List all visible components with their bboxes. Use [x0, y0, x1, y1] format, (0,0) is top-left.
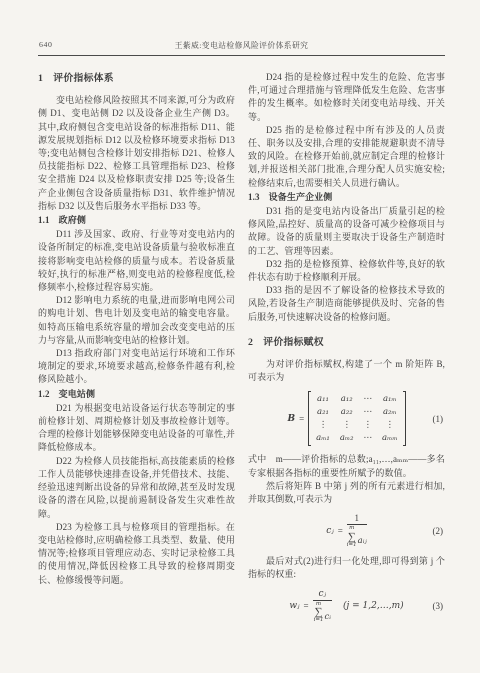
matrix-cell: aₘ₁: [316, 432, 330, 444]
sum-lower-limit: i=1: [314, 618, 324, 624]
paragraph: 最后对式(2)进行归一化处理,即可得到第 j 个指标的权重:: [248, 555, 445, 581]
section-heading: 1 评价指标体系: [38, 72, 235, 85]
fraction-denominator: m ∑ i=1 cᵢ: [314, 601, 331, 624]
paragraph: D23 为检修工具与检修项目的管理指标。在变电站检修时,应明确检修工具类型、数量…: [38, 521, 235, 587]
matrix-cell: ⋮: [340, 419, 354, 431]
matrix-cell: ⋮: [364, 419, 373, 431]
fraction-denominator: m ∑ i=1 aᵢⱼ: [347, 525, 367, 548]
matrix-symbol: B: [287, 414, 295, 424]
matrix: a₁₁a₁₂⋯a₁ₘa₂₁a₂₂⋯a₂ₘ⋮⋮⋮⋮aₘ₁aₘ₂⋯aₘₘ: [308, 391, 405, 446]
paragraph: D32 指的是检修预算、检修软件等,良好的软件状态有助于检修顺利开展。: [248, 258, 445, 284]
running-title: 王紫威:变电站检修风险评价体系研究: [38, 40, 445, 51]
paragraph: D24 指的是检修过程中发生的危险、危害事件,可通过合理措施与管理降低发生危险、…: [248, 71, 445, 124]
paragraph: 变电站检修风险按照其不同来源,可分为政府侧 D1、变电站侧 D2 以及设备企业生…: [38, 94, 235, 213]
paragraph: D25 指的是检修过程中所有涉及的人员责任、职务以及安排,合理的安排能规避职责不…: [248, 124, 445, 190]
paragraph: 式中 m——评价指标的总数;a₁₁,…,aₘₘ——多名专家根据各指标的重要性所赋…: [248, 453, 445, 479]
summation: m ∑ i=1: [314, 602, 324, 624]
page-header: 640 王紫威:变电站检修风险评价体系研究: [38, 40, 445, 51]
paragraph: D33 指的是因不了解设备的检修技术导致的风险,若设备生产制造商能够提供及时、完…: [248, 284, 445, 324]
section-heading: 1.2 变电站侧: [38, 388, 235, 401]
equals-sign: =: [303, 601, 308, 611]
equation-3-body: wⱼ = cⱼ m ∑ i=1 cᵢ (j = 1,2,…,m): [289, 589, 403, 624]
section-heading: 1.1 政府侧: [38, 214, 235, 227]
paragraph: D13 指政府部门对变电站运行环境和工作环境制定的要求,环境要求越高,检修条件越…: [38, 347, 235, 387]
equals-sign: =: [299, 414, 304, 424]
matrix-cell: a₂ₘ: [382, 406, 398, 418]
equation-1: B = a₁₁a₁₂⋯a₁ₘa₂₁a₂₂⋯a₂ₘ⋮⋮⋮⋮aₘ₁aₘ₂⋯aₘₘ (…: [248, 391, 445, 446]
matrix-cell: a₁₂: [340, 393, 354, 405]
equation-number: (3): [433, 601, 444, 611]
equation-2: cⱼ = 1 m ∑ i=1 aᵢⱼ (2): [248, 513, 445, 548]
matrix-cell: ⋯: [364, 432, 373, 444]
paragraph: 然后将矩阵 B 中第 j 列的所有元素进行相加,并取其倒数,可表示为: [248, 480, 445, 506]
section-heading: 2 评价指标赋权: [248, 336, 445, 349]
equation-number: (1): [433, 414, 444, 424]
paragraph: D21 为根据变电站设备运行状态等制定的事前检修计划、周期检修计划及事故检修计划…: [38, 402, 235, 455]
variable-cj: cⱼ: [326, 526, 333, 536]
matrix-cell: aₘₘ: [382, 432, 398, 444]
right-bracket: [403, 391, 406, 446]
equals-sign: =: [338, 526, 343, 536]
fraction: 1 m ∑ i=1 aᵢⱼ: [347, 513, 367, 548]
paper-page: 640 王紫威:变电站检修风险评价体系研究 1 评价指标体系变电站检修风险按照其…: [0, 0, 480, 673]
matrix-cell: ⋮: [382, 419, 398, 431]
sum-argument: aᵢⱼ: [358, 536, 367, 546]
header-rule: [38, 55, 445, 56]
matrix-cell: ⋯: [364, 393, 373, 405]
equation-3: wⱼ = cⱼ m ∑ i=1 cᵢ (j = 1,2,…,m) (3): [248, 589, 445, 624]
sum-argument: cᵢ: [324, 612, 330, 622]
paragraph: D11 涉及国家、政府、行业等对变电站内的设备所制定的标准,变电站设备质量与验收…: [38, 228, 235, 294]
matrix-cell: aₘ₂: [340, 432, 354, 444]
fraction-numerator: cⱼ: [313, 589, 332, 601]
fraction: cⱼ m ∑ i=1 cᵢ: [313, 589, 332, 624]
matrix-cell: a₁ₘ: [382, 393, 398, 405]
matrix-cell: a₁₁: [316, 393, 330, 405]
paragraph: D22 为检修人员技能指标,高技能素质的检修工作人员能够快速排查设备,并凭借技术…: [38, 455, 235, 521]
matrix-cell: a₂₂: [340, 406, 354, 418]
matrix-cell: a₂₁: [316, 406, 330, 418]
index-range: (j = 1,2,…,m): [343, 601, 404, 611]
paragraph: 为对评价指标赋权,构建了一个 m 阶矩阵 B,可表示为: [248, 358, 445, 384]
two-column-body: 1 评价指标体系变电站检修风险按照其不同来源,可分为政府侧 D1、变电站侧 D2…: [38, 71, 445, 631]
variable-wj: wⱼ: [289, 601, 299, 611]
matrix-entries: a₁₁a₁₂⋯a₁ₘa₂₁a₂₂⋯a₂ₘ⋮⋮⋮⋮aₘ₁aₘ₂⋯aₘₘ: [311, 391, 402, 446]
equation-1-body: B = a₁₁a₁₂⋯a₁ₘa₂₁a₂₂⋯a₂ₘ⋮⋮⋮⋮aₘ₁aₘ₂⋯aₘₘ: [287, 391, 405, 446]
matrix-cell: ⋮: [316, 419, 330, 431]
section-heading: 1.3 设备生产企业侧: [248, 191, 445, 204]
equation-2-body: cⱼ = 1 m ∑ i=1 aᵢⱼ: [326, 513, 366, 548]
equation-number: (2): [433, 526, 444, 536]
paragraph: D12 影响电力系统的电量,进而影响电网公司的购电计划、售电计划及变电站的输变电…: [38, 294, 235, 347]
summation: m ∑ i=1: [347, 526, 357, 548]
sum-lower-limit: i=1: [347, 543, 357, 549]
right-column: D24 指的是检修过程中发生的危险、危害事件,可通过合理措施与管理降低发生危险、…: [248, 71, 445, 631]
left-column: 1 评价指标体系变电站检修风险按照其不同来源,可分为政府侧 D1、变电站侧 D2…: [38, 71, 235, 631]
paragraph: D31 指的是变电站内设备出厂质量引起的检修风险,品控好、质量高的设备可减少检修…: [248, 205, 445, 258]
matrix-cell: ⋯: [364, 406, 373, 418]
fraction-numerator: 1: [347, 513, 367, 525]
